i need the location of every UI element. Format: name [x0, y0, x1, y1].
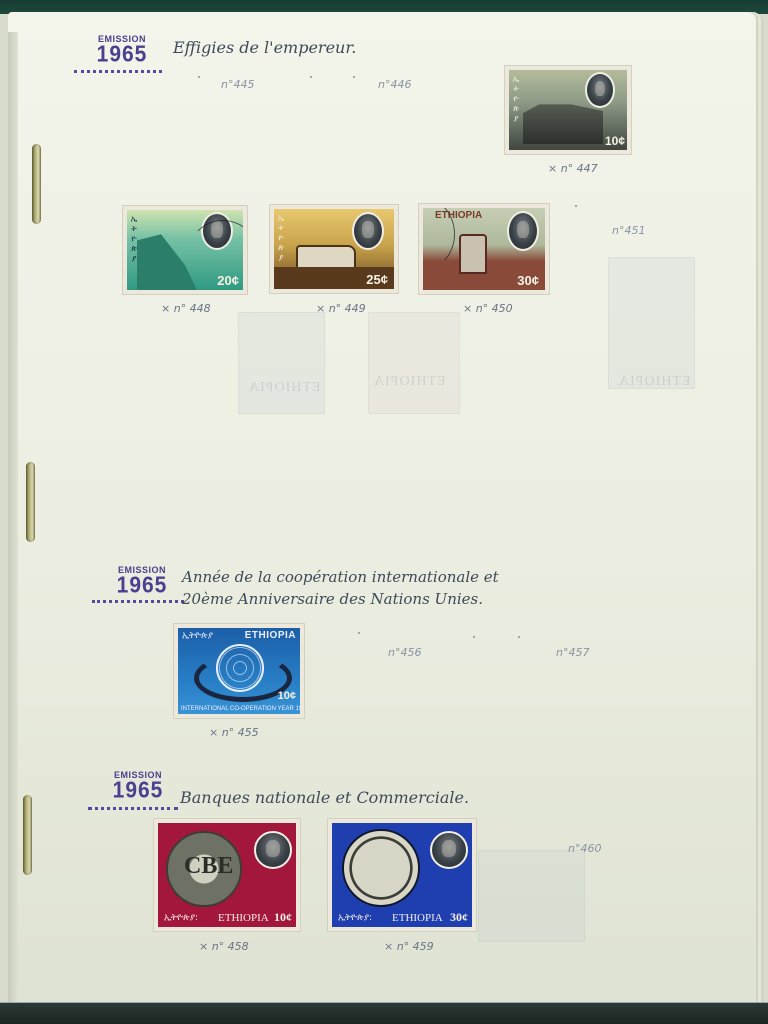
stamp-caption: INTERNATIONAL CO-OPERATION YEAR 1965 — [181, 706, 300, 712]
emission-year: 1965 — [90, 43, 154, 66]
emission-year: 1965 — [110, 574, 174, 597]
section-title: Banques nationale et Commerciale. — [180, 788, 469, 807]
postmark — [187, 220, 243, 290]
stamp-449[interactable]: ኢትዮጵያ 25¢ — [270, 205, 398, 293]
stamp-448[interactable]: ኢትዮጵያ 20¢ — [123, 206, 247, 294]
stamp-458[interactable]: CBE ኢትዮጵያ: ETHIOPIA 10¢ — [154, 819, 300, 931]
stamp-459[interactable]: ኢትዮጵያ: ETHIOPIA 30¢ — [328, 819, 476, 931]
ghost-stamp — [238, 312, 325, 414]
emperor-portrait — [352, 212, 384, 250]
emission-stamp: EMISSION 1965 — [110, 565, 174, 596]
ghost-stamp — [478, 850, 585, 942]
catalog-number: × n° 449 — [316, 302, 366, 315]
catalog-number: × n° 458 — [199, 940, 249, 953]
amharic-text: ኢትዮጵያ — [129, 214, 139, 264]
dotted-rule — [92, 600, 184, 603]
empty-slot-label: n°456 — [388, 646, 421, 659]
pencil-dot — [358, 632, 360, 634]
ghost-text: ETHIOPIA — [618, 374, 691, 390]
amharic-text: ኢትዮጵያ — [182, 631, 213, 641]
postmark — [423, 208, 455, 270]
pencil-dot — [198, 76, 200, 78]
binder-cover-bottom — [0, 1002, 768, 1024]
dotted-rule — [74, 70, 162, 73]
pencil-dot — [310, 76, 312, 78]
stamp-455[interactable]: ኢትዮጵያ ETHIOPIA 10¢ INTERNATIONAL CO-OPER… — [174, 624, 304, 718]
catalog-number: × n° 455 — [209, 726, 259, 739]
cbe-emblem: CBE — [184, 853, 233, 880]
amharic-text: ኢትዮጵያ: — [164, 913, 198, 923]
amharic-text: ኢትዮጵያ — [276, 213, 286, 263]
stamp-value: 10¢ — [605, 134, 625, 148]
stamp-value: 10¢ — [274, 910, 292, 925]
train-illustration — [459, 234, 487, 274]
amharic-text: ኢትዮጵያ: — [338, 913, 372, 923]
empty-slot-label: n°460 — [568, 842, 601, 855]
empty-slot-label: n°457 — [556, 646, 589, 659]
emission-stamp: EMISSION 1965 — [90, 34, 154, 65]
emperor-portrait — [254, 831, 292, 869]
catalog-number: × n° 459 — [384, 940, 434, 953]
punch-hole — [32, 144, 41, 224]
stamp-value: 30¢ — [517, 273, 539, 288]
ghost-stamp — [368, 312, 460, 414]
punch-hole — [23, 795, 32, 875]
emperor-portrait — [430, 831, 468, 869]
ghost-text: ETHIOPIA — [373, 374, 446, 390]
pencil-dot — [473, 636, 475, 638]
emperor-portrait — [507, 211, 539, 251]
ghost-stamp — [608, 257, 695, 389]
national-bank-seal — [342, 829, 420, 907]
catalog-number: × n° 447 — [548, 162, 598, 175]
pencil-dot — [575, 205, 577, 207]
country-name: ETHIOPIA — [392, 912, 443, 924]
empty-slot-label: n°445 — [221, 78, 254, 91]
section-title-line1: Année de la coopération internationale e… — [182, 568, 499, 586]
section-title-line2: 20ème Anniversaire des Nations Unies. — [182, 590, 483, 608]
amharic-text: ኢትዮጵያ — [511, 74, 521, 124]
punch-hole — [26, 462, 35, 542]
page-edge — [8, 32, 18, 1012]
section-title: Effigies de l'empereur. — [173, 38, 356, 57]
country-name: ETHIOPIA — [218, 912, 269, 924]
catalog-number: × n° 448 — [161, 302, 211, 315]
stamp-447[interactable]: ኢትዮጵያ 10¢ — [505, 66, 631, 154]
building-illustration — [523, 100, 603, 144]
emperor-portrait — [585, 72, 615, 108]
album-page: ETHIOPIA ETHIOPIA ETHIOPIA EMISSION 1965… — [8, 12, 756, 1002]
catalog-number: × n° 450 — [463, 302, 513, 315]
emission-year: 1965 — [106, 779, 170, 802]
pencil-dot — [518, 636, 520, 638]
stamp-value: 30¢ — [450, 910, 468, 925]
stamp-value: 10¢ — [278, 690, 296, 702]
pencil-dot — [353, 76, 355, 78]
emission-stamp: EMISSION 1965 — [106, 770, 170, 801]
empty-slot-label: n°446 — [378, 78, 411, 91]
empty-slot-label: n°451 — [612, 224, 645, 237]
country-name: ETHIOPIA — [245, 630, 296, 641]
dotted-rule — [88, 807, 178, 810]
ghost-text: ETHIOPIA — [248, 380, 321, 396]
stamp-450[interactable]: ETHIOPIA 30¢ — [419, 204, 549, 294]
stamp-value: 25¢ — [366, 272, 388, 287]
